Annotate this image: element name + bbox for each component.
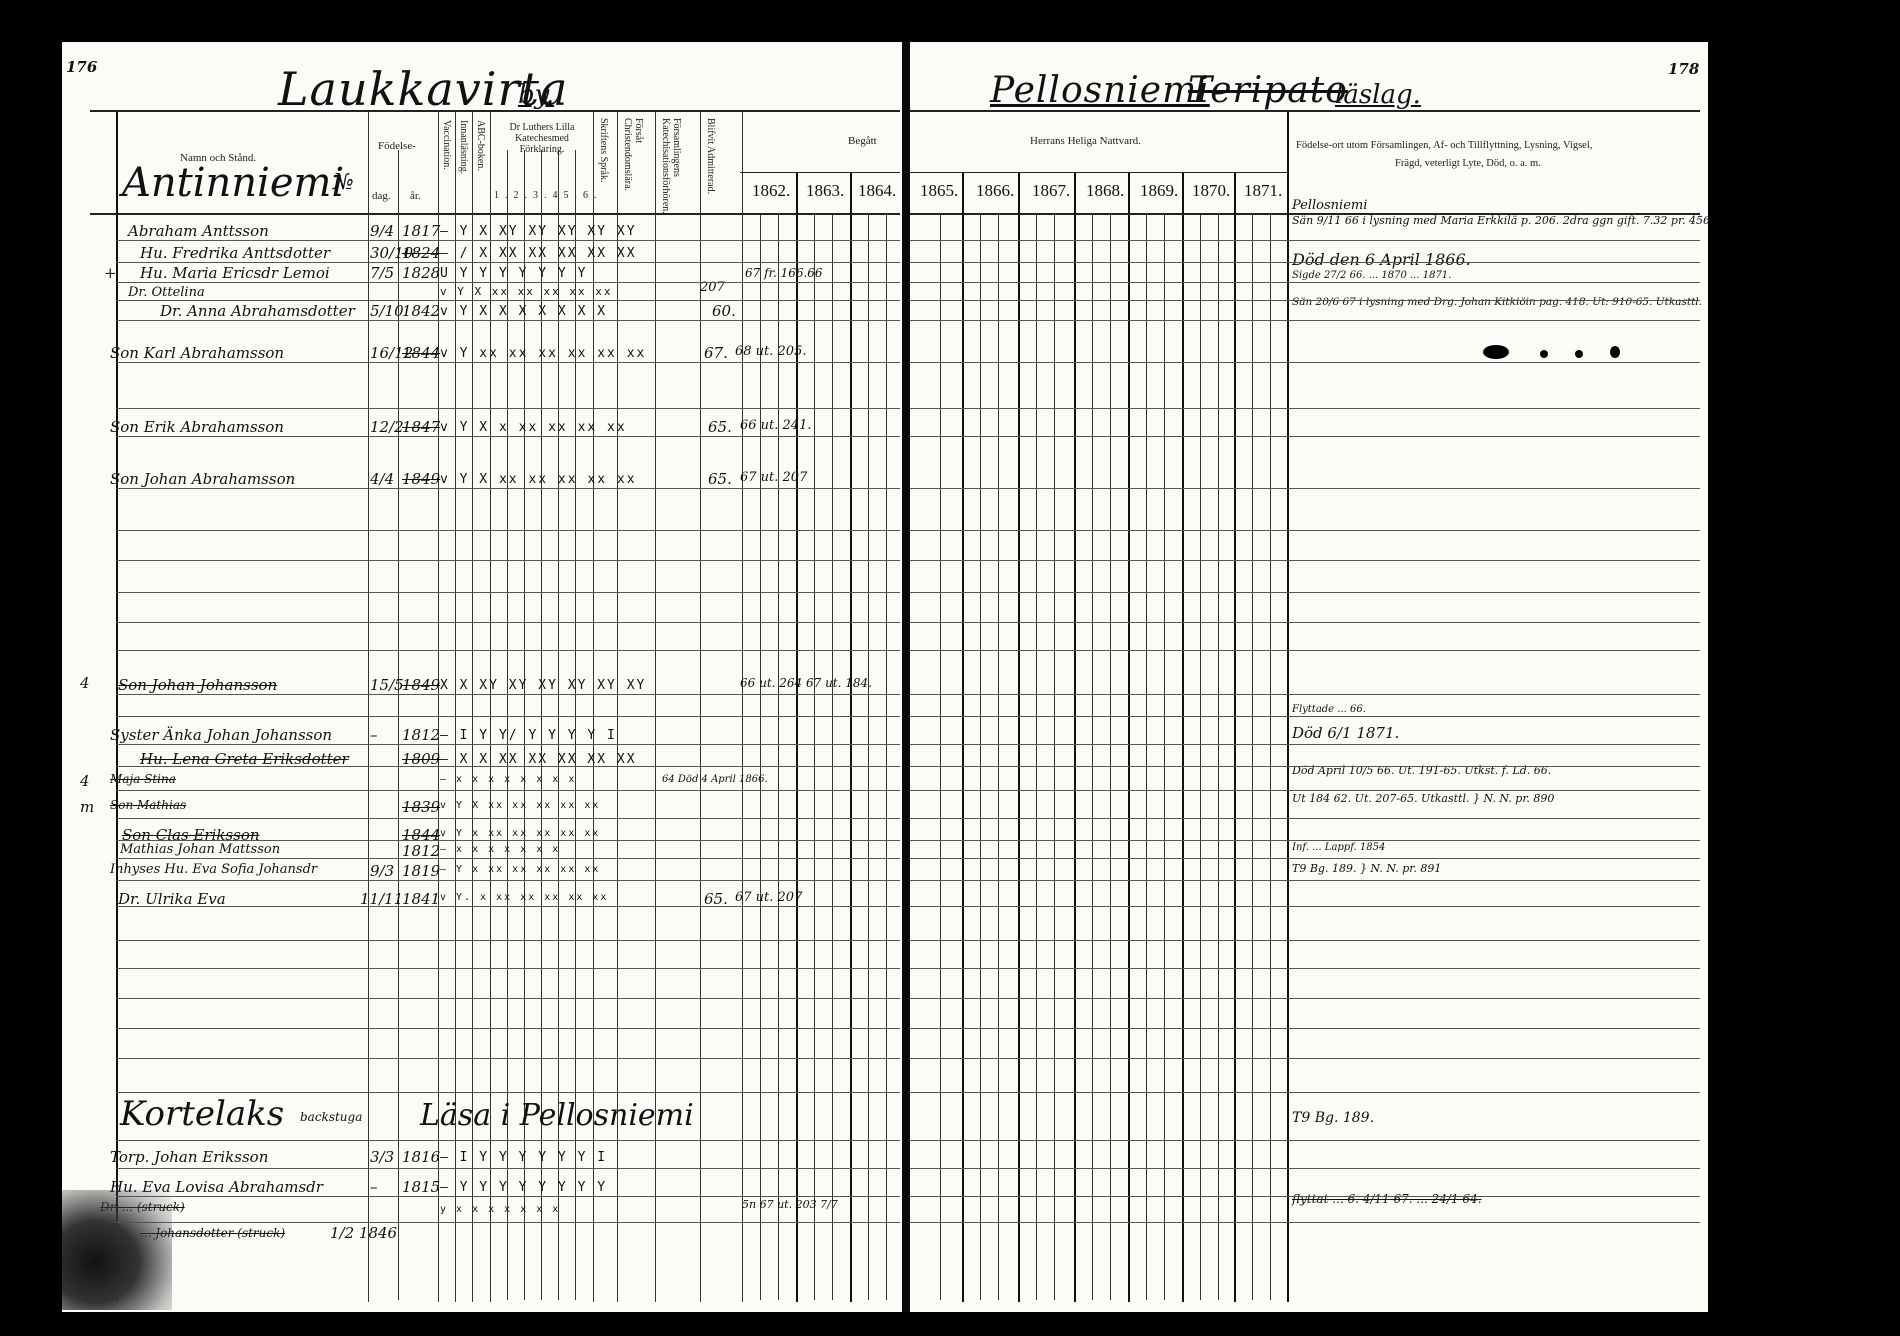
sub-rule — [1110, 215, 1111, 1300]
year-1870: 1870. — [1192, 181, 1230, 201]
row-rule — [910, 906, 1700, 907]
year-1862: 1862. — [752, 181, 790, 201]
catechism-part-numbers: 1.2.3.45.6. — [494, 190, 603, 201]
exam-marks: v Y x xx xx xx xx xx — [440, 828, 600, 839]
remarks-col-rule — [1287, 112, 1289, 1302]
row-rule — [116, 716, 900, 717]
row-rule — [116, 592, 900, 593]
person-name: Son Johan Johansson — [118, 676, 277, 694]
row-rule — [910, 744, 1700, 745]
row-rule — [116, 1222, 900, 1223]
row-rule — [116, 790, 900, 791]
row-margin-mark: + — [104, 264, 117, 282]
remark: T9 Bg. 189. — [1292, 1110, 1374, 1126]
year-col-rule — [1128, 172, 1130, 1302]
row-rule — [116, 262, 900, 263]
year-1865: 1865. — [920, 181, 958, 201]
col-header-scripture: Skriftens Språk. — [598, 118, 609, 213]
birth-day: 9/4 — [370, 222, 394, 240]
row-rule — [116, 840, 900, 841]
row-margin-mark: m — [80, 798, 94, 816]
row-rule — [116, 436, 900, 437]
birth-year: 1847 — [402, 418, 440, 436]
person-name: Hu. Maria Ericsdr Lemoi — [140, 264, 330, 282]
row-rule — [910, 940, 1700, 941]
row-rule — [910, 790, 1700, 791]
right-page-number: 178 — [1668, 60, 1699, 78]
year-1868: 1868. — [1086, 181, 1124, 201]
person-name: Son Johan Abrahamsson — [110, 470, 295, 488]
book-spine — [902, 42, 910, 1312]
col-header-christian-doctrine: Försåt Christendomslära. — [622, 118, 644, 213]
row-rule — [116, 940, 900, 941]
row-rule — [910, 998, 1700, 999]
year-col-rule — [1018, 172, 1020, 1302]
remark: Sän 9/11 66 i lysning med Maria Erkkilä … — [1292, 214, 1710, 227]
col-rule — [742, 112, 743, 1302]
remark: Flyttade ... 66. — [1292, 704, 1366, 715]
ink-smudge — [62, 1190, 172, 1310]
header-bottom-rule — [90, 213, 900, 215]
birth-day: 15/5 — [370, 676, 404, 694]
row-rule — [116, 488, 900, 489]
sub-rule — [1092, 215, 1093, 1300]
person-name: Mathias Johan Mattsson — [120, 842, 280, 857]
row-rule — [116, 622, 900, 623]
reading-group-title: Pellosniemi — [990, 70, 1210, 111]
year-col-rule — [1182, 172, 1184, 1302]
row-margin-mark: 4 — [80, 772, 90, 790]
row-rule — [910, 766, 1700, 767]
row-rule — [910, 1196, 1700, 1197]
exam-marks: v Y X xx xx xx xx xx — [440, 472, 637, 487]
sub-rule — [814, 215, 815, 1300]
person-name: Son Mathias — [110, 798, 186, 812]
row-rule — [116, 1168, 900, 1169]
left-page-number: 176 — [66, 58, 97, 76]
row-rule — [910, 488, 1700, 489]
row-rule — [910, 968, 1700, 969]
row-rule — [116, 320, 900, 321]
admitted-value: 65. — [708, 470, 732, 488]
row-rule — [116, 650, 900, 651]
birth-day: 12/2 — [370, 418, 404, 436]
birth-year: 1819 — [402, 862, 440, 880]
birth-year: 1816 — [402, 1148, 440, 1166]
row-rule — [116, 1140, 900, 1141]
birth-year: 1849 — [402, 676, 440, 694]
birth-year: 1828 — [402, 264, 440, 282]
row-rule — [910, 1140, 1700, 1141]
birth-day: – — [370, 726, 378, 744]
left-margin-rule — [116, 112, 118, 1302]
col-header-catechism: Dr Luthers Lilla Katechesmed Förklaring. — [494, 122, 590, 155]
row-rule — [910, 592, 1700, 593]
row-rule — [910, 818, 1700, 819]
row-rule — [910, 320, 1700, 321]
communion-value: 66 ut. 264 67 ut. 184. — [740, 676, 872, 690]
remark-death: Död 6/1 1871. — [1292, 724, 1399, 742]
birth-day: 7/5 — [370, 264, 394, 282]
header-top-rule-right — [910, 110, 1700, 112]
row-rule — [116, 880, 900, 881]
sub-rule — [1036, 215, 1037, 1300]
year-col-rule — [1234, 172, 1236, 1302]
row-rule — [116, 1028, 900, 1029]
sub-rule — [778, 215, 779, 1300]
year-1864: 1864. — [858, 181, 896, 201]
exam-marks: – x x x x x x x x — [440, 774, 576, 785]
exam-marks: v Y. x xx xx xx xx xx — [440, 892, 608, 903]
farm-name-antinniemi: Antinniemi — [122, 160, 344, 206]
birth-year: 1839 — [402, 798, 440, 816]
header-top-rule — [90, 110, 900, 112]
birth-year: 1824 — [402, 244, 440, 262]
farm-suffix: backstuga — [300, 1110, 362, 1124]
person-name: Son Erik Abrahamsson — [110, 418, 284, 436]
person-name: Dr. Anna Abrahamsdotter — [160, 302, 355, 320]
row-rule — [910, 880, 1700, 881]
row-rule — [910, 858, 1700, 859]
row-rule — [910, 300, 1700, 301]
col-header-remarks-2: Frägd, veterligt Lyte, Död, o. a. m. — [1395, 158, 1541, 169]
row-rule — [116, 560, 900, 561]
row-rule — [910, 560, 1700, 561]
exam-marks: y x x x x x x x — [440, 1204, 560, 1215]
communion-value: 67 ut. 207 — [740, 470, 807, 485]
year-1871: 1871. — [1244, 181, 1282, 201]
year-1869: 1869. — [1140, 181, 1178, 201]
exam-marks: – x x x x x x x — [440, 844, 560, 855]
birth-year: 1815 — [402, 1178, 440, 1196]
year-col-rule — [850, 172, 852, 1302]
communion-value: 66 ut. 241. — [740, 418, 811, 433]
exam-marks: – I Y Y Y Y Y Y I — [440, 1150, 607, 1165]
row-rule — [116, 858, 900, 859]
birth-day: 3/3 — [370, 1148, 394, 1166]
ink-blot — [1575, 350, 1583, 358]
col-header-communion: Herrans Heliga Nattvard. — [1030, 135, 1141, 147]
person-name: Torp. Johan Eriksson — [110, 1148, 268, 1166]
ink-blot — [1540, 350, 1548, 358]
exam-marks: X X XY XY XY XY XY XY — [440, 678, 646, 693]
col-header-begatt: Begått — [848, 135, 877, 147]
col-rule — [398, 150, 399, 1300]
birth-year: 1812 — [402, 726, 440, 744]
exam-marks: v Y X x xx xx xx xx — [440, 420, 627, 435]
row-rule — [116, 530, 900, 531]
remark-death: Död den 6 April 1866. — [1292, 250, 1471, 269]
row-rule — [910, 840, 1700, 841]
birth-year: 1/2 1846 — [330, 1224, 397, 1242]
row-rule — [116, 744, 900, 745]
communion-value: 67 fr. 166.66 — [745, 266, 823, 280]
row-rule — [910, 694, 1700, 695]
remark: Inf. ... Lappf. 1854 — [1292, 842, 1385, 853]
col-header-abc: ABC-boken. — [475, 120, 486, 210]
remark: Sän 20/6 67 i lysning med Drg. Johan Kit… — [1292, 296, 1702, 308]
birth-day: 4/4 — [370, 470, 394, 488]
person-name: Son Karl Abrahamsson — [110, 344, 284, 362]
birth-year: 1842 — [402, 302, 440, 320]
communion-value: 67 ut. 207 — [735, 890, 802, 905]
exam-marks: v Y X xx xx xx xx xx — [440, 800, 600, 811]
row-rule — [910, 1092, 1700, 1093]
row-rule — [116, 1196, 900, 1197]
exam-marks: v Y X X X X X X X — [440, 304, 607, 319]
col-header-admitted: Blifvit Admitterad. — [705, 118, 716, 198]
year-col-rule — [962, 172, 964, 1302]
col-header-congregation: Församlingens Katechisationsförhören. — [660, 118, 682, 213]
row-rule — [116, 1092, 900, 1093]
communion-value: 5n 67 ut. 203 7/7 — [742, 1198, 838, 1211]
village-suffix: by. — [518, 80, 554, 110]
row-rule — [910, 240, 1700, 241]
birth-day: – — [370, 1178, 378, 1196]
sub-rule — [886, 215, 887, 1300]
year-1863: 1863. — [806, 181, 844, 201]
year-col-rule — [796, 172, 798, 1302]
remark: Ut 184 62. Ut. 207-65. Utkasttl. } N. N.… — [1292, 792, 1554, 805]
birth-year: 1844 — [402, 344, 440, 362]
sub-rule — [998, 215, 999, 1300]
sub-rule — [980, 215, 981, 1300]
sub-rule — [1200, 215, 1201, 1300]
col-header-reading: Innanläsning. — [458, 120, 469, 210]
row-rule — [910, 530, 1700, 531]
year-1866: 1866. — [976, 181, 1014, 201]
row-rule — [910, 622, 1700, 623]
col-rule — [368, 112, 369, 1302]
exam-marks: – / X XX XX XX XX XX — [440, 246, 637, 261]
sub-rule — [1054, 215, 1055, 1300]
birth-year: 1849 — [402, 470, 440, 488]
exam-marks: – Y x xx xx xx xx xx — [440, 864, 600, 875]
row-rule — [116, 968, 900, 969]
row-rule — [910, 262, 1700, 263]
year-col-rule — [1074, 172, 1076, 1302]
row-rule — [910, 716, 1700, 717]
admitted-value: 60. — [712, 302, 736, 320]
exam-marks: – Y Y Y Y Y Y Y Y — [440, 1180, 607, 1195]
reading-group-suffix: läslag. — [1335, 80, 1421, 110]
row-rule — [910, 1222, 1700, 1223]
col-header-remarks-1: Födelse-ort utom Församlingen, Af- och T… — [1296, 140, 1592, 151]
person-name: Dr. Ottelina — [128, 285, 205, 300]
remark: flyttat ... 6. 4/11 67. ... 24/1 64. — [1292, 1192, 1482, 1206]
row-rule — [116, 906, 900, 907]
exam-marks: – Y X XY XY XY XY XY — [440, 224, 637, 239]
row-rule — [116, 998, 900, 999]
row-rule — [116, 766, 900, 767]
row-rule — [116, 818, 900, 819]
sub-rule — [1270, 215, 1271, 1300]
person-name: Maja Stina — [110, 772, 176, 786]
communion-value: 68 ut. 205. — [735, 344, 806, 359]
farm-name-kortelaks: Kortelaks — [120, 1094, 284, 1134]
col-header-vaccination: Vaccination. — [441, 120, 452, 210]
row-rule — [910, 362, 1700, 363]
row-rule — [116, 694, 900, 695]
person-name: Syster Änka Johan Johansson — [110, 726, 332, 744]
birth-day: 5/10 — [370, 302, 404, 320]
sub-rule — [1164, 215, 1165, 1300]
remark: Pellosniemi — [1292, 198, 1367, 213]
exam-marks: v Y xx xx xx xx xx xx — [440, 346, 646, 361]
col-header-birth-day: dag. — [372, 190, 391, 202]
remark: T9 Bg. 189. } N. N. pr. 891 — [1292, 862, 1441, 875]
reading-group-note: Läsa i Pellosniemi — [420, 1098, 694, 1133]
remark: Sigde 27/2 66. ... 1870 ... 1871. — [1292, 270, 1451, 281]
person-name: Hu. Fredrika Anttsdotter — [140, 244, 330, 262]
row-rule — [116, 1058, 900, 1059]
struck-title: Teripato — [1188, 70, 1348, 111]
sub-rule — [1218, 215, 1219, 1300]
exam-marks: – X X XX XX XX XX XX — [440, 752, 637, 767]
birth-year: 1817 — [402, 222, 440, 240]
row-margin-mark: 4 — [80, 674, 90, 692]
row-rule — [116, 362, 900, 363]
row-rule — [910, 650, 1700, 651]
row-rule — [116, 408, 900, 409]
sub-rule — [1146, 215, 1147, 1300]
sub-rule — [760, 215, 761, 1300]
years-top-rule-right — [910, 172, 1287, 173]
sub-rule — [832, 215, 833, 1300]
col-header-birth: Födelse- — [378, 140, 416, 152]
exam-marks: – I Y Y/ Y Y Y Y I — [440, 728, 617, 743]
person-name: Abraham Anttsson — [128, 222, 269, 240]
admitted-value: 65. — [708, 418, 732, 436]
ink-blot — [1483, 345, 1509, 359]
person-name: Inhyses Hu. Eva Sofia Johansdr — [110, 862, 317, 877]
sub-rule — [940, 215, 941, 1300]
year-1867: 1867. — [1032, 181, 1070, 201]
row-rule — [910, 282, 1700, 283]
sub-rule — [1252, 215, 1253, 1300]
birth-day: 9/3 — [370, 862, 394, 880]
row-rule — [116, 300, 900, 301]
row-rule — [116, 282, 900, 283]
admitted-value: 67. — [704, 344, 728, 362]
row-rule — [910, 1028, 1700, 1029]
row-rule — [910, 436, 1700, 437]
exam-marks: U Y Y Y Y Y Y Y — [440, 266, 587, 281]
row-rule — [910, 408, 1700, 409]
years-top-rule — [740, 172, 900, 173]
col-header-birth-year: år. — [410, 190, 421, 202]
row-rule — [910, 1168, 1700, 1169]
ink-blot — [1610, 346, 1620, 358]
row-rule — [910, 1058, 1700, 1059]
row-rule — [116, 240, 900, 241]
sub-rule — [868, 215, 869, 1300]
farm-suffix: № — [333, 170, 354, 195]
note: 64 Död 4 April 1866. — [662, 774, 768, 785]
exam-marks: v Y X xx xx xx xx xx — [440, 285, 612, 298]
